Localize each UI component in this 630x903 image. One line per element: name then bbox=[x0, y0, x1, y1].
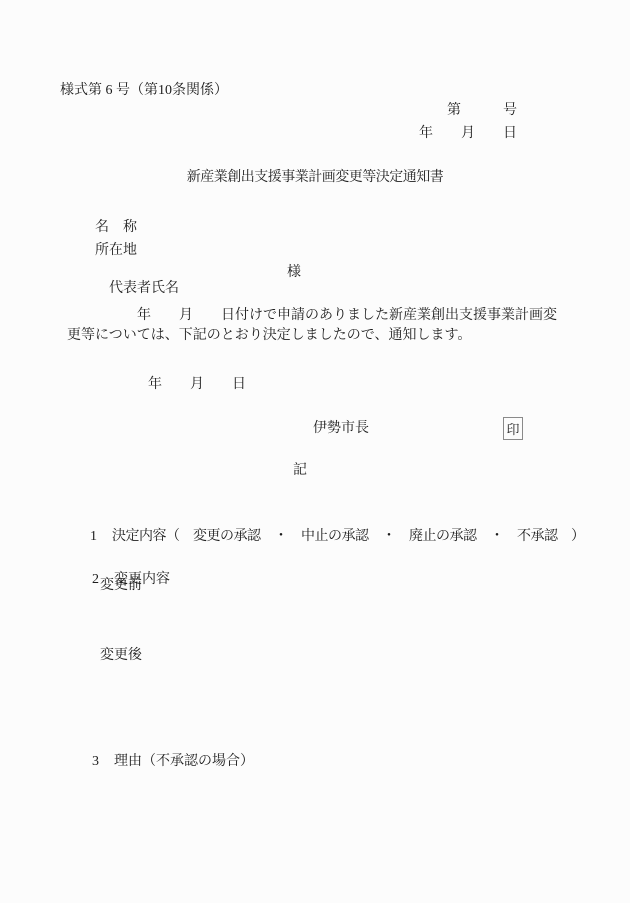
body-paragraph-line-2: 更等については、下記のとおり決定しましたので、通知します。 bbox=[67, 328, 471, 344]
document-header-date-line: 年 月 日 bbox=[419, 126, 517, 142]
item-1-text: 決定内容（ 変更の承認 ・ 中止の承認 ・ 廃止の承認 ・ 不承認 ） bbox=[112, 529, 585, 544]
list-item-reason: 3理由（不承認の場合） bbox=[78, 738, 254, 786]
document-title: 新産業創出支援事業計画変更等決定通知書 bbox=[0, 170, 630, 186]
list-item-decision: 1決定内容（ 変更の承認 ・ 中止の承認 ・ 廃止の承認 ・ 不承認 ） bbox=[78, 513, 585, 561]
addressee-representative-label: 代表者氏名 bbox=[109, 281, 179, 296]
item-1-number: 1 bbox=[90, 529, 112, 545]
document-number-line: 第 号 bbox=[447, 103, 517, 119]
item-3-text: 理由（不承認の場合） bbox=[114, 754, 254, 769]
form-number: 様式第 6 号（第10条関係） bbox=[60, 83, 228, 99]
change-after-label: 変更後 bbox=[100, 648, 142, 664]
item-3-number: 3 bbox=[92, 754, 114, 770]
body-paragraph-line-1: 年 月 日付けで申請のありました新産業創出支援事業計画変 bbox=[67, 308, 557, 324]
record-marker: 記 bbox=[293, 463, 307, 479]
decision-date-line: 年 月 日 bbox=[148, 377, 246, 393]
seal-character: 印 bbox=[506, 419, 519, 438]
change-before-label: 変更前 bbox=[100, 578, 142, 594]
sender-name: 伊勢市長 bbox=[313, 421, 369, 437]
seal-box: 印 bbox=[503, 417, 523, 440]
addressee-address-label: 所在地 bbox=[95, 243, 137, 259]
honorific-sama: 様 bbox=[287, 265, 301, 281]
document-page: 様式第 6 号（第10条関係） 第 号 年 月 日 新産業創出支援事業計画変更等… bbox=[0, 0, 630, 903]
addressee-name-label: 名 称 bbox=[95, 220, 137, 236]
